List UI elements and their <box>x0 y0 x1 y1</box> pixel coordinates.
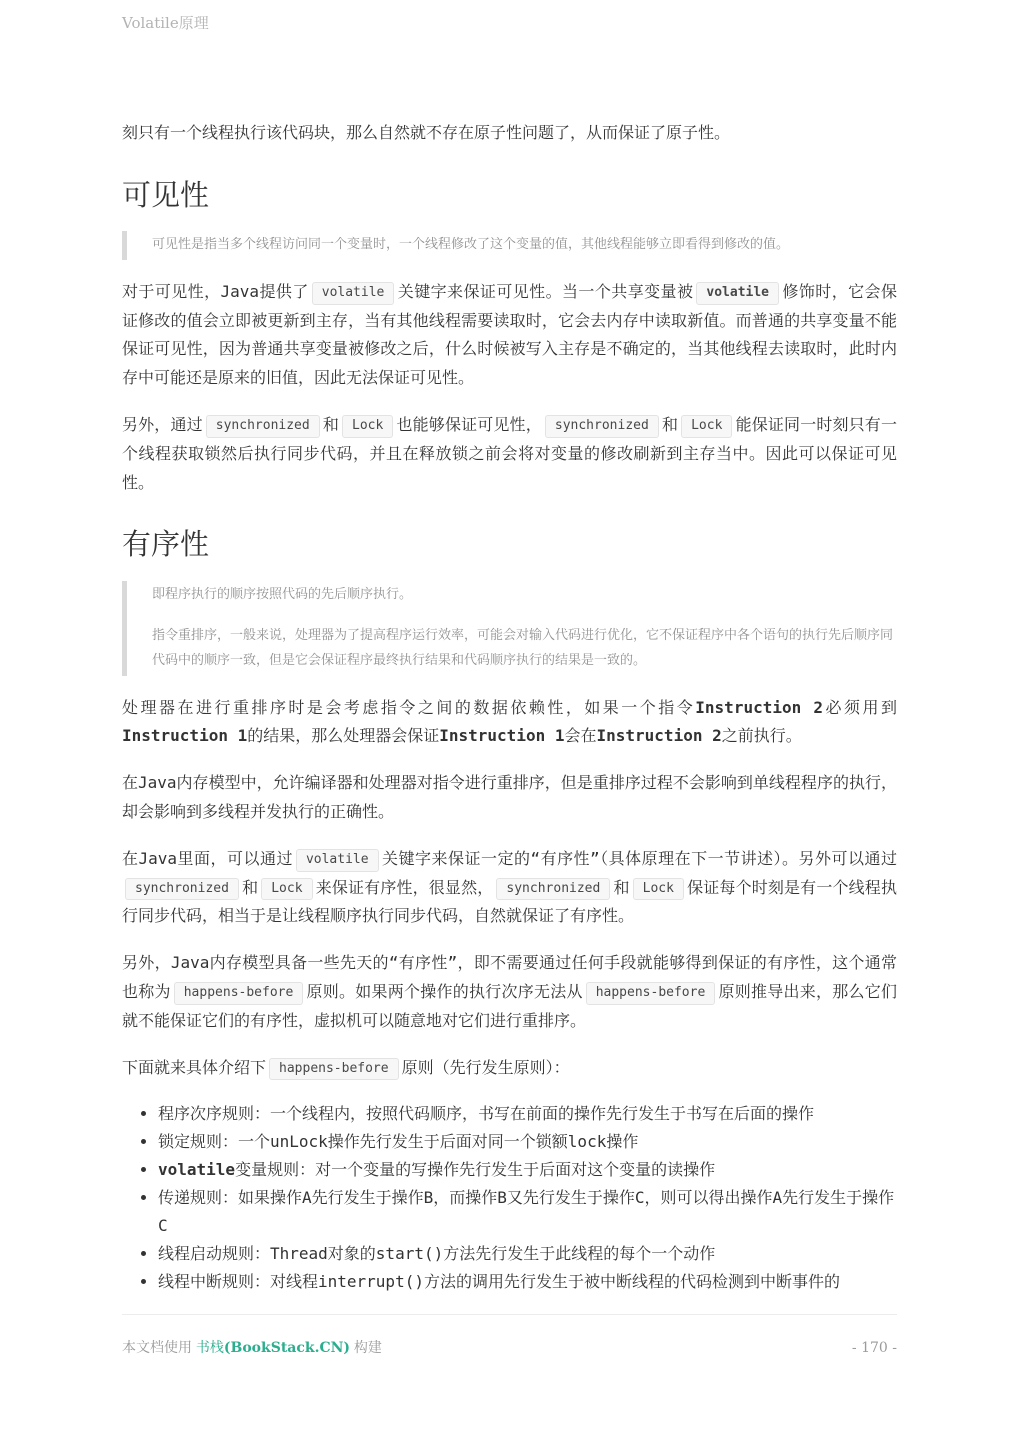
footer-divider <box>122 1314 897 1315</box>
paragraph: 对于可见性，Java提供了volatile关键字来保证可见性。当一个共享变量被v… <box>122 278 897 393</box>
bookstack-link[interactable]: 书栈(BookStack.CN) <box>196 1339 350 1355</box>
list-item: 程序次序规则：一个线程内，按照代码顺序，书写在前面的操作先行发生于书写在后面的操… <box>158 1100 897 1128</box>
build-credit-prefix: 本文档使用 <box>122 1339 196 1355</box>
bookstack-link-en: (BookStack.CN) <box>224 1340 350 1356</box>
inline-code: volatile <box>312 282 395 305</box>
inline-code: happens-before <box>586 982 716 1005</box>
build-credit: 本文档使用 书栈(BookStack.CN) 构建 <box>122 1337 382 1357</box>
bullet-list: 程序次序规则：一个线程内，按照代码顺序，书写在前面的操作先行发生于书写在后面的操… <box>122 1100 897 1296</box>
paragraph: 另外，通过synchronized和Lock也能够保证可见性，synchroni… <box>122 411 897 497</box>
paragraph: 在Java里面，可以通过volatile关键字来保证一定的“有序性”（具体原理在… <box>122 845 897 931</box>
page-number: - 170 - <box>852 1340 897 1356</box>
inline-code: Lock <box>261 878 312 901</box>
list-item: 锁定规则：一个unLock操作先行发生于后面对同一个锁额lock操作 <box>158 1128 897 1156</box>
inline-code: volatile <box>696 282 779 305</box>
footer-row: 本文档使用 书栈(BookStack.CN) 构建 - 170 - <box>122 1337 897 1357</box>
section-heading: 有序性 <box>122 527 897 563</box>
blockquote: 即程序执行的顺序按照代码的先后顺序执行。指令重排序，一般来说，处理器为了提高程序… <box>122 581 897 676</box>
section-heading: 可见性 <box>122 178 897 214</box>
quote-paragraph: 即程序执行的顺序按照代码的先后顺序执行。 <box>152 583 897 608</box>
inline-code: volatile <box>296 849 379 872</box>
inline-code: synchronized <box>206 415 320 438</box>
list-item: 线程中断规则：对线程interrupt()方法的调用先行发生于被中断线程的代码检… <box>158 1268 897 1296</box>
document-page: Volatile原理 刻只有一个线程执行该代码块，那么自然就不存在原子性问题了，… <box>0 0 1019 1440</box>
bold-term: Instruction 2 <box>695 698 823 717</box>
inline-code: synchronized <box>496 878 610 901</box>
inline-code: Lock <box>681 415 732 438</box>
running-header: Volatile原理 <box>122 0 897 33</box>
build-credit-suffix: 构建 <box>350 1339 382 1355</box>
inline-code: happens-before <box>174 982 304 1005</box>
paragraph: 下面就来具体介绍下happens-before原则（先行发生原则）： <box>122 1054 897 1083</box>
article: 刻只有一个线程执行该代码块，那么自然就不存在原子性问题了，从而保证了原子性。可见… <box>122 101 897 1314</box>
inline-code: happens-before <box>269 1058 399 1081</box>
bold-term: Instruction 1 <box>439 726 564 745</box>
bold-term: Instruction 1 <box>122 726 247 745</box>
paragraph: 刻只有一个线程执行该代码块，那么自然就不存在原子性问题了，从而保证了原子性。 <box>122 119 897 148</box>
paragraph: 另外，Java内存模型具备一些先天的“有序性”，即不需要通过任何手段就能够得到保… <box>122 949 897 1035</box>
paragraph: 在Java内存模型中，允许编译器和处理器对指令进行重排序，但是重排序过程不会影响… <box>122 769 897 827</box>
list-item: 传递规则：如果操作A先行发生于操作B，而操作B又先行发生于操作C，则可以得出操作… <box>158 1184 897 1240</box>
bold-term: Instruction 2 <box>597 726 722 745</box>
bookstack-link-cn: 书栈 <box>196 1339 224 1355</box>
blockquote: 可见性是指当多个线程访问同一个变量时，一个线程修改了这个变量的值，其他线程能够立… <box>122 231 897 260</box>
inline-code: Lock <box>342 415 393 438</box>
list-item: 线程启动规则：Thread对象的start()方法先行发生于此线程的每个一个动作 <box>158 1240 897 1268</box>
document-title: Volatile原理 <box>122 14 209 32</box>
bold-term: volatile <box>158 1160 235 1179</box>
inline-code: synchronized <box>545 415 659 438</box>
quote-paragraph: 指令重排序，一般来说，处理器为了提高程序运行效率，可能会对输入代码进行优化，它不… <box>152 624 897 673</box>
list-item: volatile变量规则：对一个变量的写操作先行发生于后面对这个变量的读操作 <box>158 1156 897 1184</box>
inline-code: Lock <box>633 878 684 901</box>
footer: 本文档使用 书栈(BookStack.CN) 构建 - 170 - <box>122 1314 897 1440</box>
quote-paragraph: 可见性是指当多个线程访问同一个变量时，一个线程修改了这个变量的值，其他线程能够立… <box>152 233 897 258</box>
paragraph: 处理器在进行重排序时是会考虑指令之间的数据依赖性，如果一个指令Instructi… <box>122 694 897 752</box>
inline-code: synchronized <box>125 878 239 901</box>
